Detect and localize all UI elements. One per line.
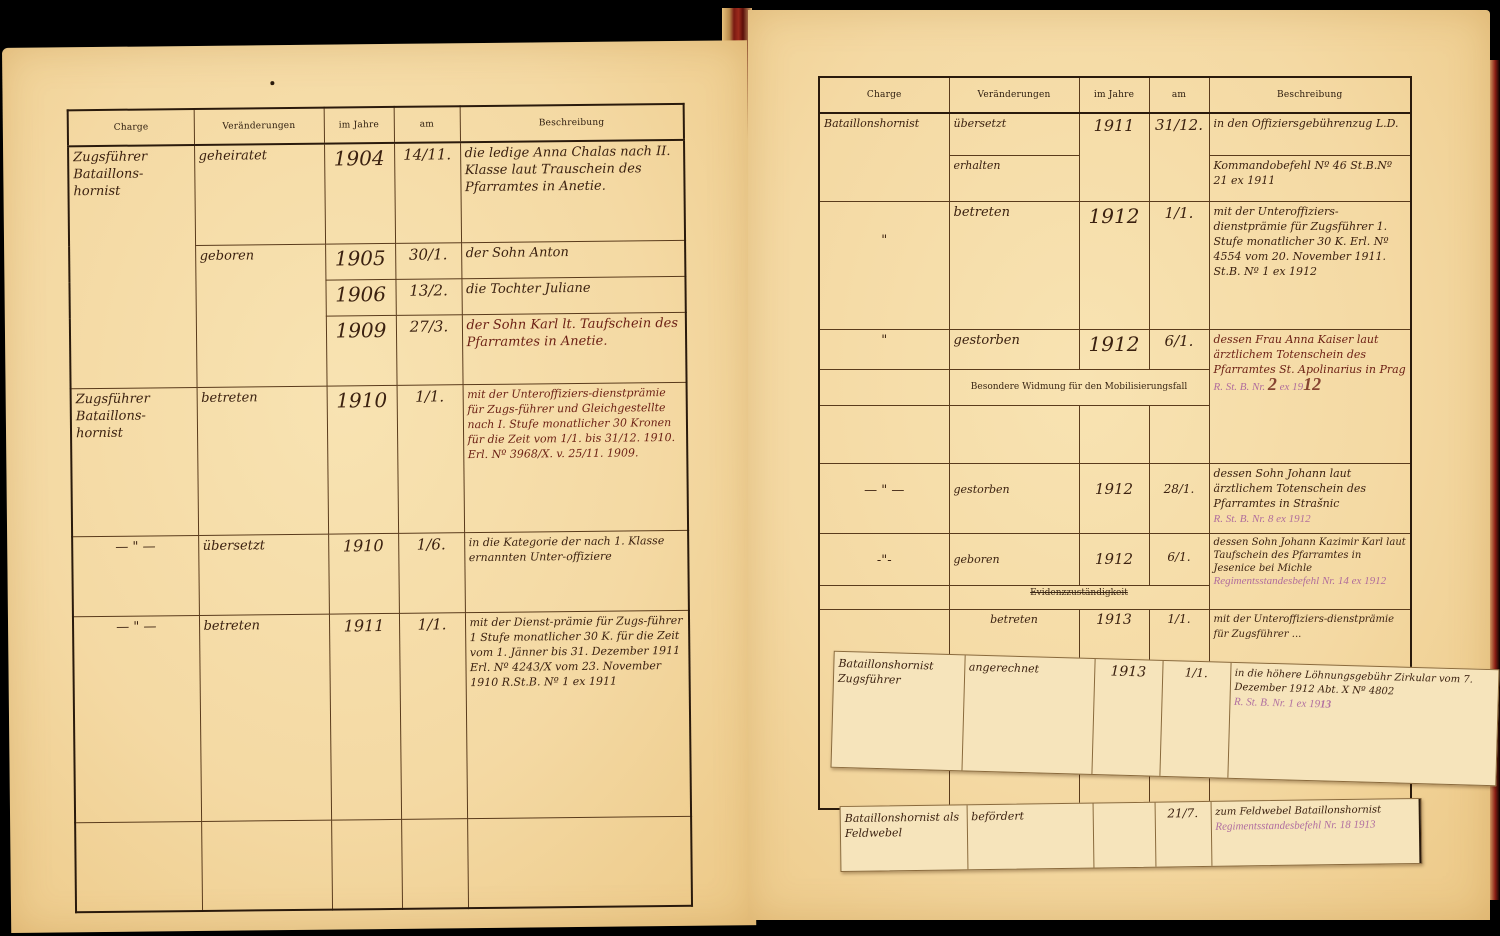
cell-change: gestorben (949, 329, 1079, 369)
desc-text: dessen Sohn Johann Kazimir Karl laut Tau… (1214, 537, 1406, 574)
cell-desc: mit der Dienst-prämie für Zugs-führer 1 … (465, 610, 691, 818)
cell-year: 1910 (327, 385, 399, 534)
cell-year: 1906 (325, 279, 395, 316)
slip-date: 21/7. (1155, 802, 1212, 867)
cell-desc: dessen Frau Anna Kaiser laut ärztlichem … (1209, 329, 1411, 463)
stamp-regimentsstandesbefehl: Regimentsstandesbefehl Nr. 14 ex 1912 (1214, 575, 1387, 587)
header-beschreibung: Beschreibung (460, 104, 684, 142)
slip-charge: Bataillonshornist als Feldwebel (841, 805, 968, 871)
slip-date: 1/1. (1159, 661, 1230, 778)
pasted-slip-1: Bataillonshornist Zugsführer angerechnet… (830, 651, 1499, 787)
cell-change: betreten (197, 386, 329, 535)
cell-year: 1912 (1079, 463, 1149, 533)
stamp-rstb: R. St. B. Nr. 2 ex 1912 (1214, 381, 1322, 393)
cell-change: geheiratet (194, 144, 325, 245)
header-im-jahre: im Jahre (1079, 77, 1149, 113)
cell-desc: die ledige Anna Chalas nach II. Klasse l… (460, 140, 685, 242)
cell-charge: — " — (72, 535, 199, 616)
cell-date: 30/1. (395, 242, 461, 279)
left-page: Charge Veränderungen im Jahre am Beschre… (2, 40, 756, 933)
cell-change: übersetzt (949, 113, 1079, 155)
cell-charge: " (819, 201, 949, 329)
cell-desc: die Tochter Juliane (461, 276, 685, 314)
header-charge: Charge (819, 77, 949, 113)
cell-date: 28/1. (1149, 463, 1209, 533)
cell-change: betreten (199, 614, 331, 821)
cell-charge: — " — (73, 615, 201, 822)
table-row: Bataillonshornist übersetzt 1911 31/12. … (819, 113, 1411, 155)
stamp-regimentsstandesbefehl: Regimentsstandesbefehl Nr. 18 1913 (1215, 819, 1375, 833)
table-row: -"- geboren 1912 6/1. dessen Sohn Johann… (819, 533, 1411, 585)
ink-dot (270, 81, 274, 85)
cell-year: 1904 (324, 143, 395, 244)
slip-change: angerechnet (961, 655, 1094, 774)
cell-year: 1911 (1079, 113, 1149, 201)
header-im-jahre: im Jahre (324, 107, 394, 144)
slip-change: befördert (967, 804, 1094, 870)
cell-year: 1909 (326, 315, 397, 386)
cell-change: erhalten (949, 155, 1079, 201)
cell-date: 27/3. (396, 314, 463, 385)
table-row: " betreten 1912 1/1. mit der Unteroffizi… (819, 201, 1411, 329)
cell-charge: Zugsführer Bataillons-hornist (71, 387, 199, 536)
cell-date: 1/6. (398, 532, 465, 613)
header-beschreibung: Beschreibung (1209, 77, 1411, 113)
cell-charge: — " — (819, 463, 949, 533)
header-charge: Charge (68, 109, 194, 146)
cell-year: 1910 (328, 533, 399, 614)
cell-desc: der Sohn Karl lt. Taufschein des Pfarram… (462, 312, 687, 384)
cell-change: übersetzt (198, 534, 329, 615)
cell-change: geboren (949, 533, 1079, 585)
cell-year: 1912 (1079, 201, 1149, 329)
stamp-rstb: R. St. B. Nr. 1 ex 1913 (1234, 696, 1331, 711)
cell-date: 1/1. (399, 612, 467, 819)
cell-date: 6/1. (1149, 533, 1209, 585)
table-row-empty (75, 816, 692, 912)
slip-charge: Bataillonshornist Zugsführer (832, 652, 965, 771)
cell-date: 1/1. (397, 384, 465, 533)
table-header-row: Charge Veränderungen im Jahre am Beschre… (819, 77, 1411, 113)
printed-mobilization-label: Besondere Widmung für den Mobilisierungs… (949, 369, 1209, 405)
cell-change: betreten (949, 201, 1079, 329)
cell-charge: Zugsführer Bataillons-hornist (68, 145, 197, 388)
pasted-slip-2: Bataillonshornist als Feldwebel beförder… (840, 798, 1423, 872)
cell-desc: in den Offiziersgebührenzug L.D. (1209, 113, 1411, 155)
cell-desc: Kommandobefehl Nº 46 St.B.Nº 21 ex 1911 (1209, 155, 1411, 201)
stamp-rstb: R. St. B. Nr. 8 ex 1912 (1214, 513, 1311, 525)
cell-desc: dessen Sohn Johann Kazimir Karl laut Tau… (1209, 533, 1411, 609)
cell-change: geboren (195, 244, 326, 387)
table-row: Zugsführer Bataillons-hornist geheiratet… (68, 140, 685, 246)
slip-desc: zum Feldwebel Bataillonshornist Regiment… (1211, 799, 1421, 866)
cell-desc: mit der Unteroffiziers-dienstprämie für … (463, 382, 689, 532)
header-am: am (1149, 77, 1209, 113)
header-am: am (394, 106, 460, 143)
cell-desc: in die Kategorie der nach 1. Klasse erna… (464, 530, 689, 612)
table-row: — " — gestorben 1912 28/1. dessen Sohn J… (819, 463, 1411, 533)
table-row: " gestorben 1912 6/1. dessen Frau Anna K… (819, 329, 1411, 369)
cell-year: 1912 (1079, 533, 1149, 585)
cell-charge: Bataillonshornist (819, 113, 949, 201)
cell-year: 1912 (1079, 329, 1149, 369)
cell-charge: " (819, 329, 949, 369)
cell-desc: der Sohn Anton (461, 240, 685, 278)
cell-year: 1905 (325, 243, 395, 280)
right-page: Charge Veränderungen im Jahre am Beschre… (748, 10, 1490, 920)
left-ledger-table: Charge Veränderungen im Jahre am Beschre… (67, 103, 693, 913)
slip-desc: in die höhere Löhnungsgebühr Zirkular vo… (1227, 663, 1498, 785)
slip-year (1093, 803, 1156, 868)
slip-year: 1913 (1091, 659, 1162, 776)
printed-evidence-label: Evidenzzuständigkeit (949, 585, 1209, 609)
cell-charge: -"- (819, 533, 949, 585)
cell-date: 14/11. (394, 142, 461, 243)
desc-text: dessen Sohn Johann laut ärztlichem Toten… (1214, 467, 1367, 510)
table-row: — " — übersetzt 1910 1/6. in die Kategor… (72, 530, 689, 616)
header-veraenderungen: Veränderungen (194, 108, 324, 145)
cell-date: 31/12. (1149, 113, 1209, 201)
cell-desc: dessen Sohn Johann laut ärztlichem Toten… (1209, 463, 1411, 533)
cell-year: 1911 (329, 613, 401, 820)
header-veraenderungen: Veränderungen (949, 77, 1079, 113)
table-row: — " — betreten 1911 1/1. mit der Dienst-… (73, 610, 691, 822)
cell-date: 1/1. (1149, 201, 1209, 329)
desc-text: dessen Frau Anna Kaiser laut ärztlichem … (1214, 333, 1406, 376)
table-row: Zugsführer Bataillons-hornist betreten 1… (71, 382, 689, 536)
cell-date: 6/1. (1149, 329, 1209, 369)
cell-desc: mit der Unteroffiziers-dienstprämie für … (1209, 201, 1411, 329)
cell-change: gestorben (949, 463, 1079, 533)
cell-date: 13/2. (395, 278, 461, 315)
